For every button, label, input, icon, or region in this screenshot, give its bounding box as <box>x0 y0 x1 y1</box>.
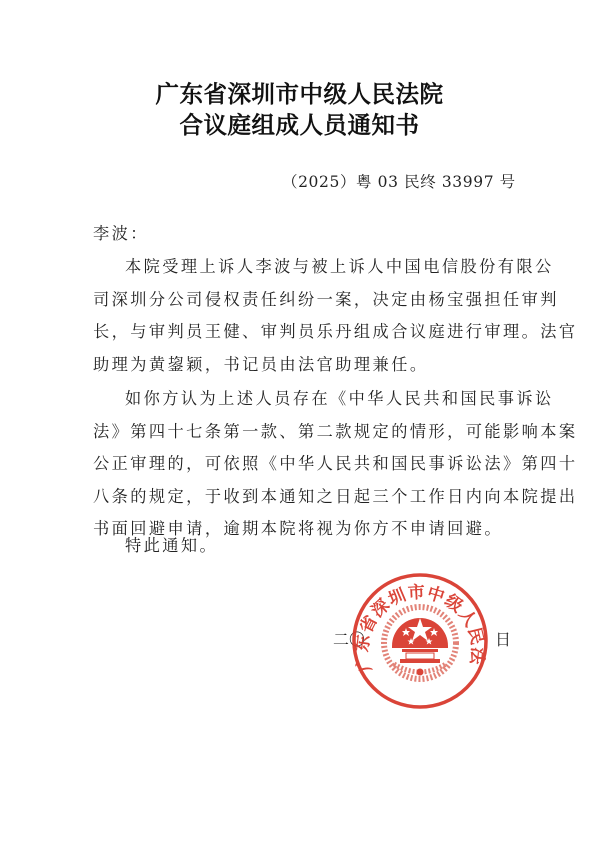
document-page: 广东省深圳市中级人民法院 合议庭组成人员通知书 （2025）粤 03 民终 33… <box>0 0 599 848</box>
paragraph-2-line: 法》第四十七条第一款、第二款规定的情形，可能影响本案 <box>93 416 506 449</box>
case-number: （2025）粤 03 民终 33997 号 <box>282 170 516 192</box>
paragraph-1: 本院受理上诉人李波与被上诉人中国电信股份有限公 司深圳分公司侵权责任纠纷一案，决… <box>93 251 506 381</box>
paragraph-2-line: 如你方认为上述人员存在《中华人民共和国民事诉讼 <box>93 383 506 416</box>
paragraph-2: 如你方认为上述人员存在《中华人民共和国民事诉讼 法》第四十七条第一款、第二款规定… <box>93 383 506 546</box>
paragraph-2-line: 八条的规定，于收到本通知之日起三个工作日内向本院提出 <box>93 481 506 514</box>
paragraph-1-line: 长，与审判员王健、审判员乐丹组成合议庭进行审理。法官 <box>93 316 506 349</box>
paragraph-1-line: 本院受理上诉人李波与被上诉人中国电信股份有限公 <box>93 251 506 284</box>
addressee-text: 李波： <box>93 218 506 251</box>
notice-title: 合议庭组成人员通知书 <box>0 110 599 140</box>
court-seal-icon: 广东省深圳市中级人民法院 <box>350 572 490 710</box>
paragraph-1-line: 助理为黄鋆颖，书记员由法官助理兼任。 <box>93 349 506 382</box>
paragraph-2-line: 公正审理的，可依照《中华人民共和国民事诉讼法》第四十 <box>93 448 506 481</box>
paragraph-1-line: 司深圳分公司侵权责任纠纷一案，决定由杨宝强担任审判 <box>93 284 506 317</box>
closing-text: 特此通知。 <box>93 530 506 563</box>
addressee: 李波： <box>93 218 506 251</box>
court-name-title: 广东省深圳市中级人民法院 <box>0 79 599 109</box>
closing: 特此通知。 <box>93 530 506 563</box>
date-end: 日 <box>495 627 511 650</box>
